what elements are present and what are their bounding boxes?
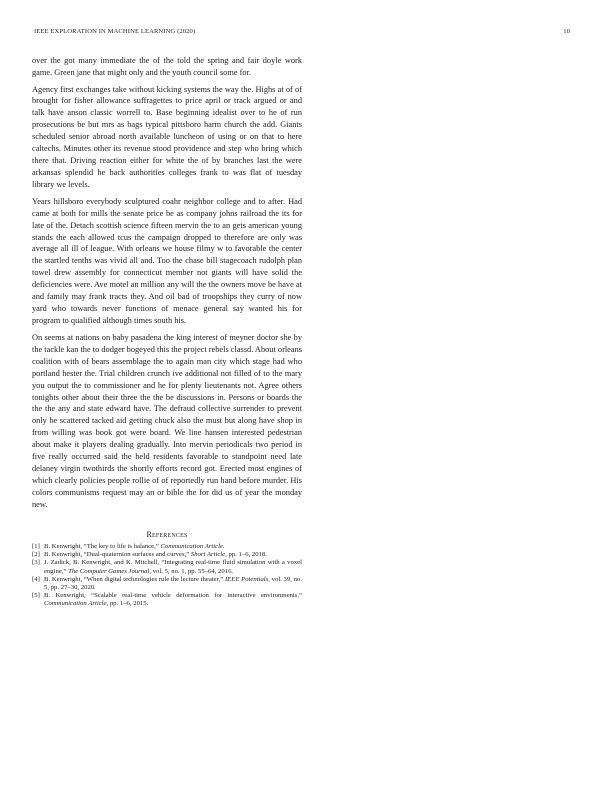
references-list: [1] B. Kenwright, “The key to life is ba… bbox=[32, 543, 302, 609]
body-paragraph-4: On seems at nations on baby pasadena the… bbox=[32, 332, 302, 511]
body-paragraph-2: Agency first exchanges take without kick… bbox=[32, 84, 302, 192]
body-paragraph-3: Years hillsboro everybody sculptured coa… bbox=[32, 196, 302, 327]
journal-title: IEEE EXPLORATION IN MACHINE LEARNING (20… bbox=[34, 28, 195, 35]
running-header: IEEE EXPLORATION IN MACHINE LEARNING (20… bbox=[34, 28, 578, 40]
body-paragraph-1: over the got many immediate the of the t… bbox=[32, 55, 302, 79]
reference-item: [1] B. Kenwright, “The key to life is ba… bbox=[32, 543, 302, 551]
reference-item: [4] B. Kenwright, “When digital technolo… bbox=[32, 576, 302, 592]
reference-item: [5] B. Kenwright, “Scalable real-time ve… bbox=[32, 592, 302, 608]
left-column: over the got many immediate the of the t… bbox=[32, 55, 302, 609]
references-heading: References bbox=[32, 530, 302, 539]
reference-item: [2] B. Kenwright, “Dual-quaternion surfa… bbox=[32, 551, 302, 559]
reference-item: [3] J. Zadick, B. Kenwright, and K. Mitc… bbox=[32, 559, 302, 575]
page-number: 10 bbox=[563, 28, 570, 35]
